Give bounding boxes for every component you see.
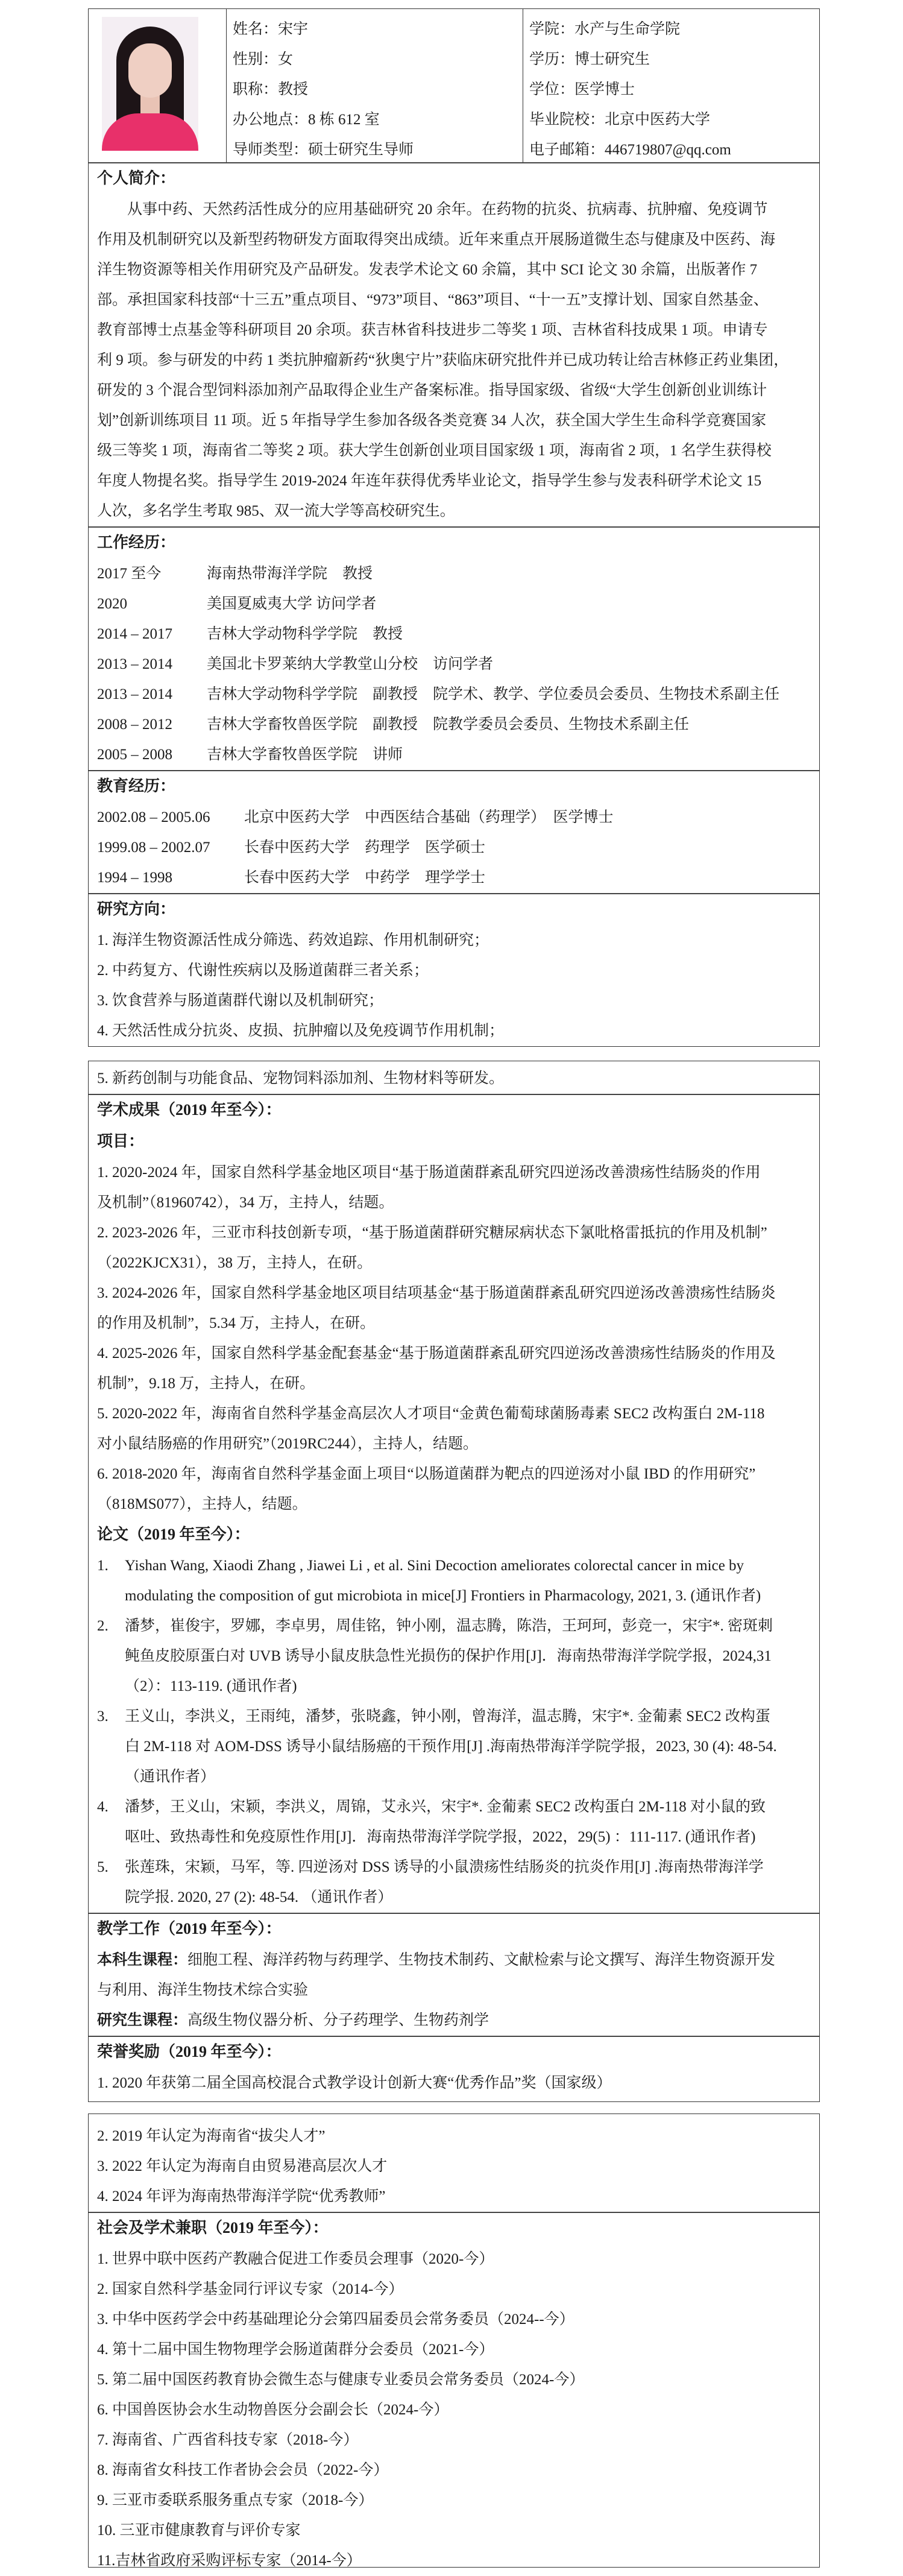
paper-item: 3. 王义山，李洪义，王雨纯，潘梦，张晓鑫，钟小刚，曾海洋，温志腾，宋宇*. 金… [97, 1702, 811, 1792]
paper-number: 5. [97, 1852, 125, 1913]
field-label: 电子邮箱： [529, 142, 605, 158]
project-line: 对小鼠结肠癌的作用研究”（2019RC244），主持人，结题。 [97, 1429, 811, 1459]
honor-item: 4. 2024 年评为海南热带海洋学院“优秀教师” [97, 2182, 811, 2212]
field-label: 毕业院校： [529, 112, 605, 128]
section-education: 教育经历： 2002.08 – 2005.06北京中医药大学 中西医结合基础（药… [89, 770, 819, 893]
section-research: 研究方向： 1. 海洋生物资源活性成分筛选、药效追踪、作用机制研究； 2. 中药… [89, 893, 819, 1046]
paper-item: 1. Yishan Wang, Xiaodi Zhang , Jiawei Li… [97, 1551, 811, 1611]
section-heading: 学术成果（2019 年至今）： [97, 1095, 811, 1126]
paper-number: 1. [97, 1551, 125, 1611]
work-period: 2013 – 2014 [97, 680, 207, 710]
field-label: 职称： [233, 81, 278, 98]
field-label: 性别： [233, 51, 278, 68]
honor-item: 2. 2019 年认定为海南省“拔尖人才” [97, 2121, 811, 2151]
education-period: 1994 – 1998 [97, 863, 244, 893]
intro-line: 教育部博士点基金等科研项目 20 余项。获吉林省科技进步二等奖 1 项、吉林省科… [97, 315, 811, 346]
work-period: 2005 – 2008 [97, 740, 207, 770]
field-name: 姓名：宋宇 [233, 14, 523, 45]
intro-line: 划”创新训练项目 11 项。近 5 年指导学生参加各级各类竞赛 34 人次，获全… [97, 406, 811, 436]
section-intro: 个人简介： 从事中药、天然药活性成分的应用基础研究 20 余年。在药物的抗炎、抗… [89, 162, 819, 526]
paper-line: modulating the composition of gut microb… [125, 1581, 811, 1611]
research-item: 1. 海洋生物资源活性成分筛选、药效追踪、作用机制研究； [97, 926, 811, 956]
page-3: 2. 2019 年认定为海南省“拔尖人才” 3. 2022 年认定为海南自由贸易… [88, 2114, 820, 2568]
section-heading: 研究方向： [97, 894, 811, 926]
intro-line: 研发的 3 个混合型饲料添加剂产品取得企业生产备案标准。指导国家级、省级“大学生… [97, 376, 811, 406]
work-period: 2013 – 2014 [97, 649, 207, 680]
education-detail: 长春中医药大学 中药学 理学学士 [244, 863, 485, 893]
field-degree: 学位：医学博士 [529, 75, 819, 105]
section-heading: 荣誉奖励（2019 年至今）： [97, 2037, 811, 2068]
education-item: 1994 – 1998长春中医药大学 中药学 理学学士 [97, 863, 811, 893]
grad-courses: 研究生课程：高级生物仪器分析、分子药理学、生物药剂学 [97, 2006, 811, 2036]
paper-line: （2）：113-119. (通讯作者) [125, 1672, 811, 1702]
paper-number: 4. [97, 1792, 125, 1852]
section-research-cont: 5. 新药创制与功能食品、宠物饲料添加剂、生物材料等研发。 [89, 1061, 819, 1094]
paper-line: 院学报. 2020, 27 (2): 48-54. （通讯作者） [125, 1883, 811, 1913]
research-item: 2. 中药复方、代谢性疾病以及肠道菌群三者关系； [97, 956, 811, 986]
intro-line: 部。承担国家科技部“十三五”重点项目、“973”项目、“863”项目、“十一五”… [97, 285, 811, 315]
work-period: 2017 至今 [97, 559, 207, 589]
field-alma-mater: 毕业院校：北京中医药大学 [529, 105, 819, 135]
work-item: 2008 – 2012吉林大学畜牧兽医学院 副教授 院教学委员会委员、生物技术系… [97, 710, 811, 740]
email-link[interactable]: 446719807@qq.com [605, 142, 731, 158]
field-value: 女 [278, 51, 293, 68]
paper-line: 呕吐、致热毒性和免疫原性作用[J]．海南热带海洋学院学报，2022，29(5) … [125, 1822, 811, 1852]
work-detail: 吉林大学畜牧兽医学院 讲师 [207, 740, 403, 770]
service-item: 7. 海南省、广西省科技专家（2018-今） [97, 2425, 811, 2455]
project-line: 3. 2024-2026 年，国家自然科学基金地区项目结项基金“基于肠道菌群紊乱… [97, 1278, 811, 1309]
education-item: 2002.08 – 2005.06北京中医药大学 中西医结合基础（药理学） 医学… [97, 803, 811, 833]
paper-line: 张莲珠，宋颖，马军，等. 四逆汤对 DSS 诱导的小鼠溃疡性结肠炎的抗炎作用[J… [125, 1852, 811, 1883]
field-value: 宋宇 [278, 21, 308, 37]
page-2: 5. 新药创制与功能食品、宠物饲料添加剂、生物材料等研发。 学术成果（2019 … [88, 1061, 820, 2102]
service-item: 10. 三亚市健康教育与评价专家 [97, 2516, 811, 2546]
research-item: 5. 新药创制与功能食品、宠物饲料添加剂、生物材料等研发。 [97, 1064, 811, 1094]
education-detail: 长春中医药大学 药理学 医学硕士 [244, 833, 485, 863]
field-value: 医学博士 [574, 81, 635, 98]
field-value: 水产与生命学院 [574, 21, 680, 37]
intro-line: 级三等奖 1 项，海南省二等奖 2 项。获大学生创新创业项目国家级 1 项，海南… [97, 436, 811, 466]
education-period: 1999.08 – 2002.07 [97, 833, 244, 863]
section-honors-cont: 2. 2019 年认定为海南省“拔尖人才” 3. 2022 年认定为海南自由贸易… [89, 2114, 819, 2212]
project-line: 1. 2020-2024 年，国家自然科学基金地区项目“基于肠道菌群紊乱研究四逆… [97, 1158, 811, 1188]
intro-line: 洋生物资源等相关作用研究及产品研发。发表学术论文 60 余篇，其中 SCI 论文… [97, 255, 811, 285]
work-item: 2013 – 2014美国北卡罗莱纳大学教堂山分校 访问学者 [97, 649, 811, 680]
photo-face [128, 43, 172, 98]
research-item: 4. 天然活性成分抗炎、皮损、抗肿瘤以及免疫调节作用机制； [97, 1016, 811, 1046]
project-line: 及机制”（81960742），34 万，主持人，结题。 [97, 1188, 811, 1218]
profile-info-left: 姓名：宋宇 性别：女 职称：教授 办公地点：8 栋 612 室 导师类型：硕士研… [227, 9, 523, 162]
grad-label: 研究生课程： [97, 2012, 187, 2028]
work-detail: 吉林大学动物科学学院 教授 [207, 619, 403, 649]
field-label: 导师类型： [233, 142, 308, 158]
paper-line: 潘梦，王义山，宋颖，李洪义，周锦，艾永兴，宋宇*. 金葡素 SEC2 改构蛋白 … [125, 1792, 811, 1822]
paper-line: 潘梦，崔俊宇，罗娜，李卓男，周佳铭，钟小刚，温志腾，陈浩，王珂珂，彭竞一，宋宇*… [125, 1611, 811, 1641]
field-gender: 性别：女 [233, 45, 523, 75]
section-heading: 工作经历： [97, 528, 811, 559]
page-1: 姓名：宋宇 性别：女 职称：教授 办公地点：8 栋 612 室 导师类型：硕士研… [88, 8, 820, 1047]
paper-number: 2. [97, 1611, 125, 1702]
paper-line: Yishan Wang, Xiaodi Zhang , Jiawei Li , … [125, 1551, 811, 1581]
work-item: 2017 至今海南热带海洋学院 教授 [97, 559, 811, 589]
field-label: 学位： [529, 81, 574, 98]
work-detail: 海南热带海洋学院 教授 [207, 559, 373, 589]
paper-line: 白 2M-118 对 AOM-DSS 诱导小鼠结肠癌的干预作用[J] .海南热带… [125, 1732, 811, 1762]
service-item: 4. 第十二届中国生物物理学会肠道菌群分会委员（2021-今） [97, 2335, 811, 2365]
work-period: 2020 [97, 589, 207, 619]
profile-info-right: 学院：水产与生命学院 学历：博士研究生 学位：医学博士 毕业院校：北京中医药大学… [523, 9, 819, 162]
field-value: 8 栋 612 室 [308, 112, 380, 128]
field-label: 学历： [529, 51, 574, 68]
section-heading: 社会及学术兼职（2019 年至今）： [97, 2213, 811, 2244]
paper-item: 2. 潘梦，崔俊宇，罗娜，李卓男，周佳铭，钟小刚，温志腾，陈浩，王珂珂，彭竞一，… [97, 1611, 811, 1702]
paper-line: 鲀鱼皮胶原蛋白对 UVB 诱导小鼠皮肤急性光损伤的保护作用[J]．海南热带海洋学… [125, 1641, 811, 1672]
service-item: 5. 第二届中国医药教育协会微生态与健康专业委员会常务委员（2024-今） [97, 2365, 811, 2395]
undergrad-label: 本科生课程： [97, 1952, 187, 1968]
service-item: 11.吉林省政府采购评标专家（2014-今） [97, 2546, 811, 2576]
section-work: 工作经历： 2017 至今海南热带海洋学院 教授 2020美国夏威夷大学 访问学… [89, 526, 819, 770]
project-line: 的作用及机制”，5.34 万，主持人，在研。 [97, 1309, 811, 1339]
profile-photo [102, 17, 198, 151]
field-value: 博士研究生 [574, 51, 650, 68]
project-line: 6. 2018-2020 年，海南省自然科学基金面上项目“以肠道菌群为靶点的四逆… [97, 1459, 811, 1489]
service-item: 8. 海南省女科技工作者协会会员（2022-今） [97, 2455, 811, 2486]
field-email: 电子邮箱：446719807@qq.com [529, 135, 819, 165]
work-item: 2014 – 2017吉林大学动物科学学院 教授 [97, 619, 811, 649]
project-line: （2022KJCX31），38 万，主持人，在研。 [97, 1248, 811, 1278]
paper-item: 5. 张莲珠，宋颖，马军，等. 四逆汤对 DSS 诱导的小鼠溃疡性结肠炎的抗炎作… [97, 1852, 811, 1913]
project-line: （818MS077），主持人，结题。 [97, 1489, 811, 1520]
undergrad-value: 细胞工程、海洋药物与药理学、生物技术制药、文献检索与论文撰写、海洋生物资源开发 [187, 1952, 775, 1968]
field-office: 办公地点：8 栋 612 室 [233, 105, 523, 135]
field-value: 北京中医药大学 [605, 112, 710, 128]
work-item: 2013 – 2014吉林大学动物科学学院 副教授 院学术、教学、学位委员会委员… [97, 680, 811, 710]
section-heading: 个人简介： [97, 163, 811, 195]
education-detail: 北京中医药大学 中西医结合基础（药理学） 医学博士 [244, 803, 614, 833]
work-detail: 美国夏威夷大学 访问学者 [207, 589, 376, 619]
intro-line: 人次，多名学生考取 985、双一流大学等高校研究生。 [97, 496, 811, 526]
profile-header: 姓名：宋宇 性别：女 职称：教授 办公地点：8 栋 612 室 导师类型：硕士研… [89, 9, 819, 162]
intro-line: 年度人物提名奖。指导学生 2019-2024 年连年获得优秀毕业论文，指导学生参… [97, 466, 811, 496]
field-value: 教授 [278, 81, 308, 98]
project-line: 5. 2020-2022 年，海南省自然科学基金高层次人才项目“金黄色葡萄球菌肠… [97, 1399, 811, 1429]
education-item: 1999.08 – 2002.07长春中医药大学 药理学 医学硕士 [97, 833, 811, 863]
paper-line: （通讯作者） [125, 1762, 811, 1792]
service-item: 6. 中国兽医协会水生动物兽医分会副会长（2024-今） [97, 2395, 811, 2425]
field-education: 学历：博士研究生 [529, 45, 819, 75]
field-label: 学院： [529, 21, 574, 37]
photo-cell [89, 9, 227, 162]
work-item: 2020美国夏威夷大学 访问学者 [97, 589, 811, 619]
intro-line: 作用及机制研究以及新型药物研发方面取得突出成绩。近年来重点开展肠道微生态与健康及… [97, 225, 811, 255]
honor-item: 3. 2022 年认定为海南自由贸易港高层次人才 [97, 2151, 811, 2182]
service-item: 2. 国家自然科学基金同行评议专家（2014-今） [97, 2275, 811, 2305]
section-teaching: 教学工作（2019 年至今）： 本科生课程：细胞工程、海洋药物与药理学、生物技术… [89, 1913, 819, 2036]
service-item: 1. 世界中联中医药产教融合促进工作委员会理事（2020-今） [97, 2244, 811, 2275]
research-item: 3. 饮食营养与肠道菌群代谢以及机制研究； [97, 986, 811, 1016]
field-college: 学院：水产与生命学院 [529, 14, 819, 45]
subsection-heading-papers: 论文（2019 年至今）： [97, 1520, 811, 1551]
honor-item: 1. 2020 年获第二届全国高校混合式教学设计创新大赛“优秀作品”奖（国家级） [97, 2068, 811, 2098]
intro-line: 从事中药、天然药活性成分的应用基础研究 20 余年。在药物的抗炎、抗病毒、抗肿瘤… [97, 195, 811, 225]
work-period: 2008 – 2012 [97, 710, 207, 740]
grad-value: 高级生物仪器分析、分子药理学、生物药剂学 [187, 2012, 489, 2028]
work-item: 2005 – 2008吉林大学畜牧兽医学院 讲师 [97, 740, 811, 770]
field-value: 硕士研究生导师 [308, 142, 414, 158]
service-item: 3. 中华中医药学会中药基础理论分会第四届委员会常务委员（2024--今） [97, 2305, 811, 2335]
field-label: 办公地点： [233, 112, 308, 128]
work-period: 2014 – 2017 [97, 619, 207, 649]
field-label: 姓名： [233, 21, 278, 37]
work-detail: 吉林大学畜牧兽医学院 副教授 院教学委员会委员、生物技术系副主任 [207, 710, 689, 740]
field-supervisor-type: 导师类型：硕士研究生导师 [233, 135, 523, 165]
paper-item: 4. 潘梦，王义山，宋颖，李洪义，周锦，艾永兴，宋宇*. 金葡素 SEC2 改构… [97, 1792, 811, 1852]
field-title: 职称：教授 [233, 75, 523, 105]
education-period: 2002.08 – 2005.06 [97, 803, 244, 833]
undergrad-courses-cont: 与利用、海洋生物技术综合实验 [97, 1975, 811, 2006]
section-heading: 教学工作（2019 年至今）： [97, 1914, 811, 1945]
project-line: 4. 2025-2026 年，国家自然科学基金配套基金“基于肠道菌群紊乱研究四逆… [97, 1339, 811, 1369]
undergrad-courses: 本科生课程：细胞工程、海洋药物与药理学、生物技术制药、文献检索与论文撰写、海洋生… [97, 1945, 811, 1975]
section-service: 社会及学术兼职（2019 年至今）： 1. 世界中联中医药产教融合促进工作委员会… [89, 2212, 819, 2576]
project-line: 2. 2023-2026 年，三亚市科技创新专项，“基于肠道菌群研究糖尿病状态下… [97, 1218, 811, 1248]
paper-number: 3. [97, 1702, 125, 1792]
intro-line: 利 9 项。参与研发的中药 1 类抗肿瘤新药“狄奥宁片”获临床研究批件并已成功转… [97, 346, 811, 376]
work-detail: 美国北卡罗莱纳大学教堂山分校 访问学者 [207, 649, 493, 680]
section-heading: 教育经历： [97, 771, 811, 803]
service-item: 9. 三亚市委联系服务重点专家（2018-今） [97, 2486, 811, 2516]
subsection-heading-projects: 项目： [97, 1126, 811, 1158]
section-honors: 荣誉奖励（2019 年至今）： 1. 2020 年获第二届全国高校混合式教学设计… [89, 2036, 819, 2098]
paper-line: 王义山，李洪义，王雨纯，潘梦，张晓鑫，钟小刚，曾海洋，温志腾，宋宇*. 金葡素 … [125, 1702, 811, 1732]
project-line: 机制”，9.18 万，主持人，在研。 [97, 1369, 811, 1399]
section-achievements: 学术成果（2019 年至今）： 项目： 1. 2020-2024 年，国家自然科… [89, 1094, 819, 1913]
work-detail: 吉林大学动物科学学院 副教授 院学术、教学、学位委员会委员、生物技术系副主任 [207, 680, 779, 710]
